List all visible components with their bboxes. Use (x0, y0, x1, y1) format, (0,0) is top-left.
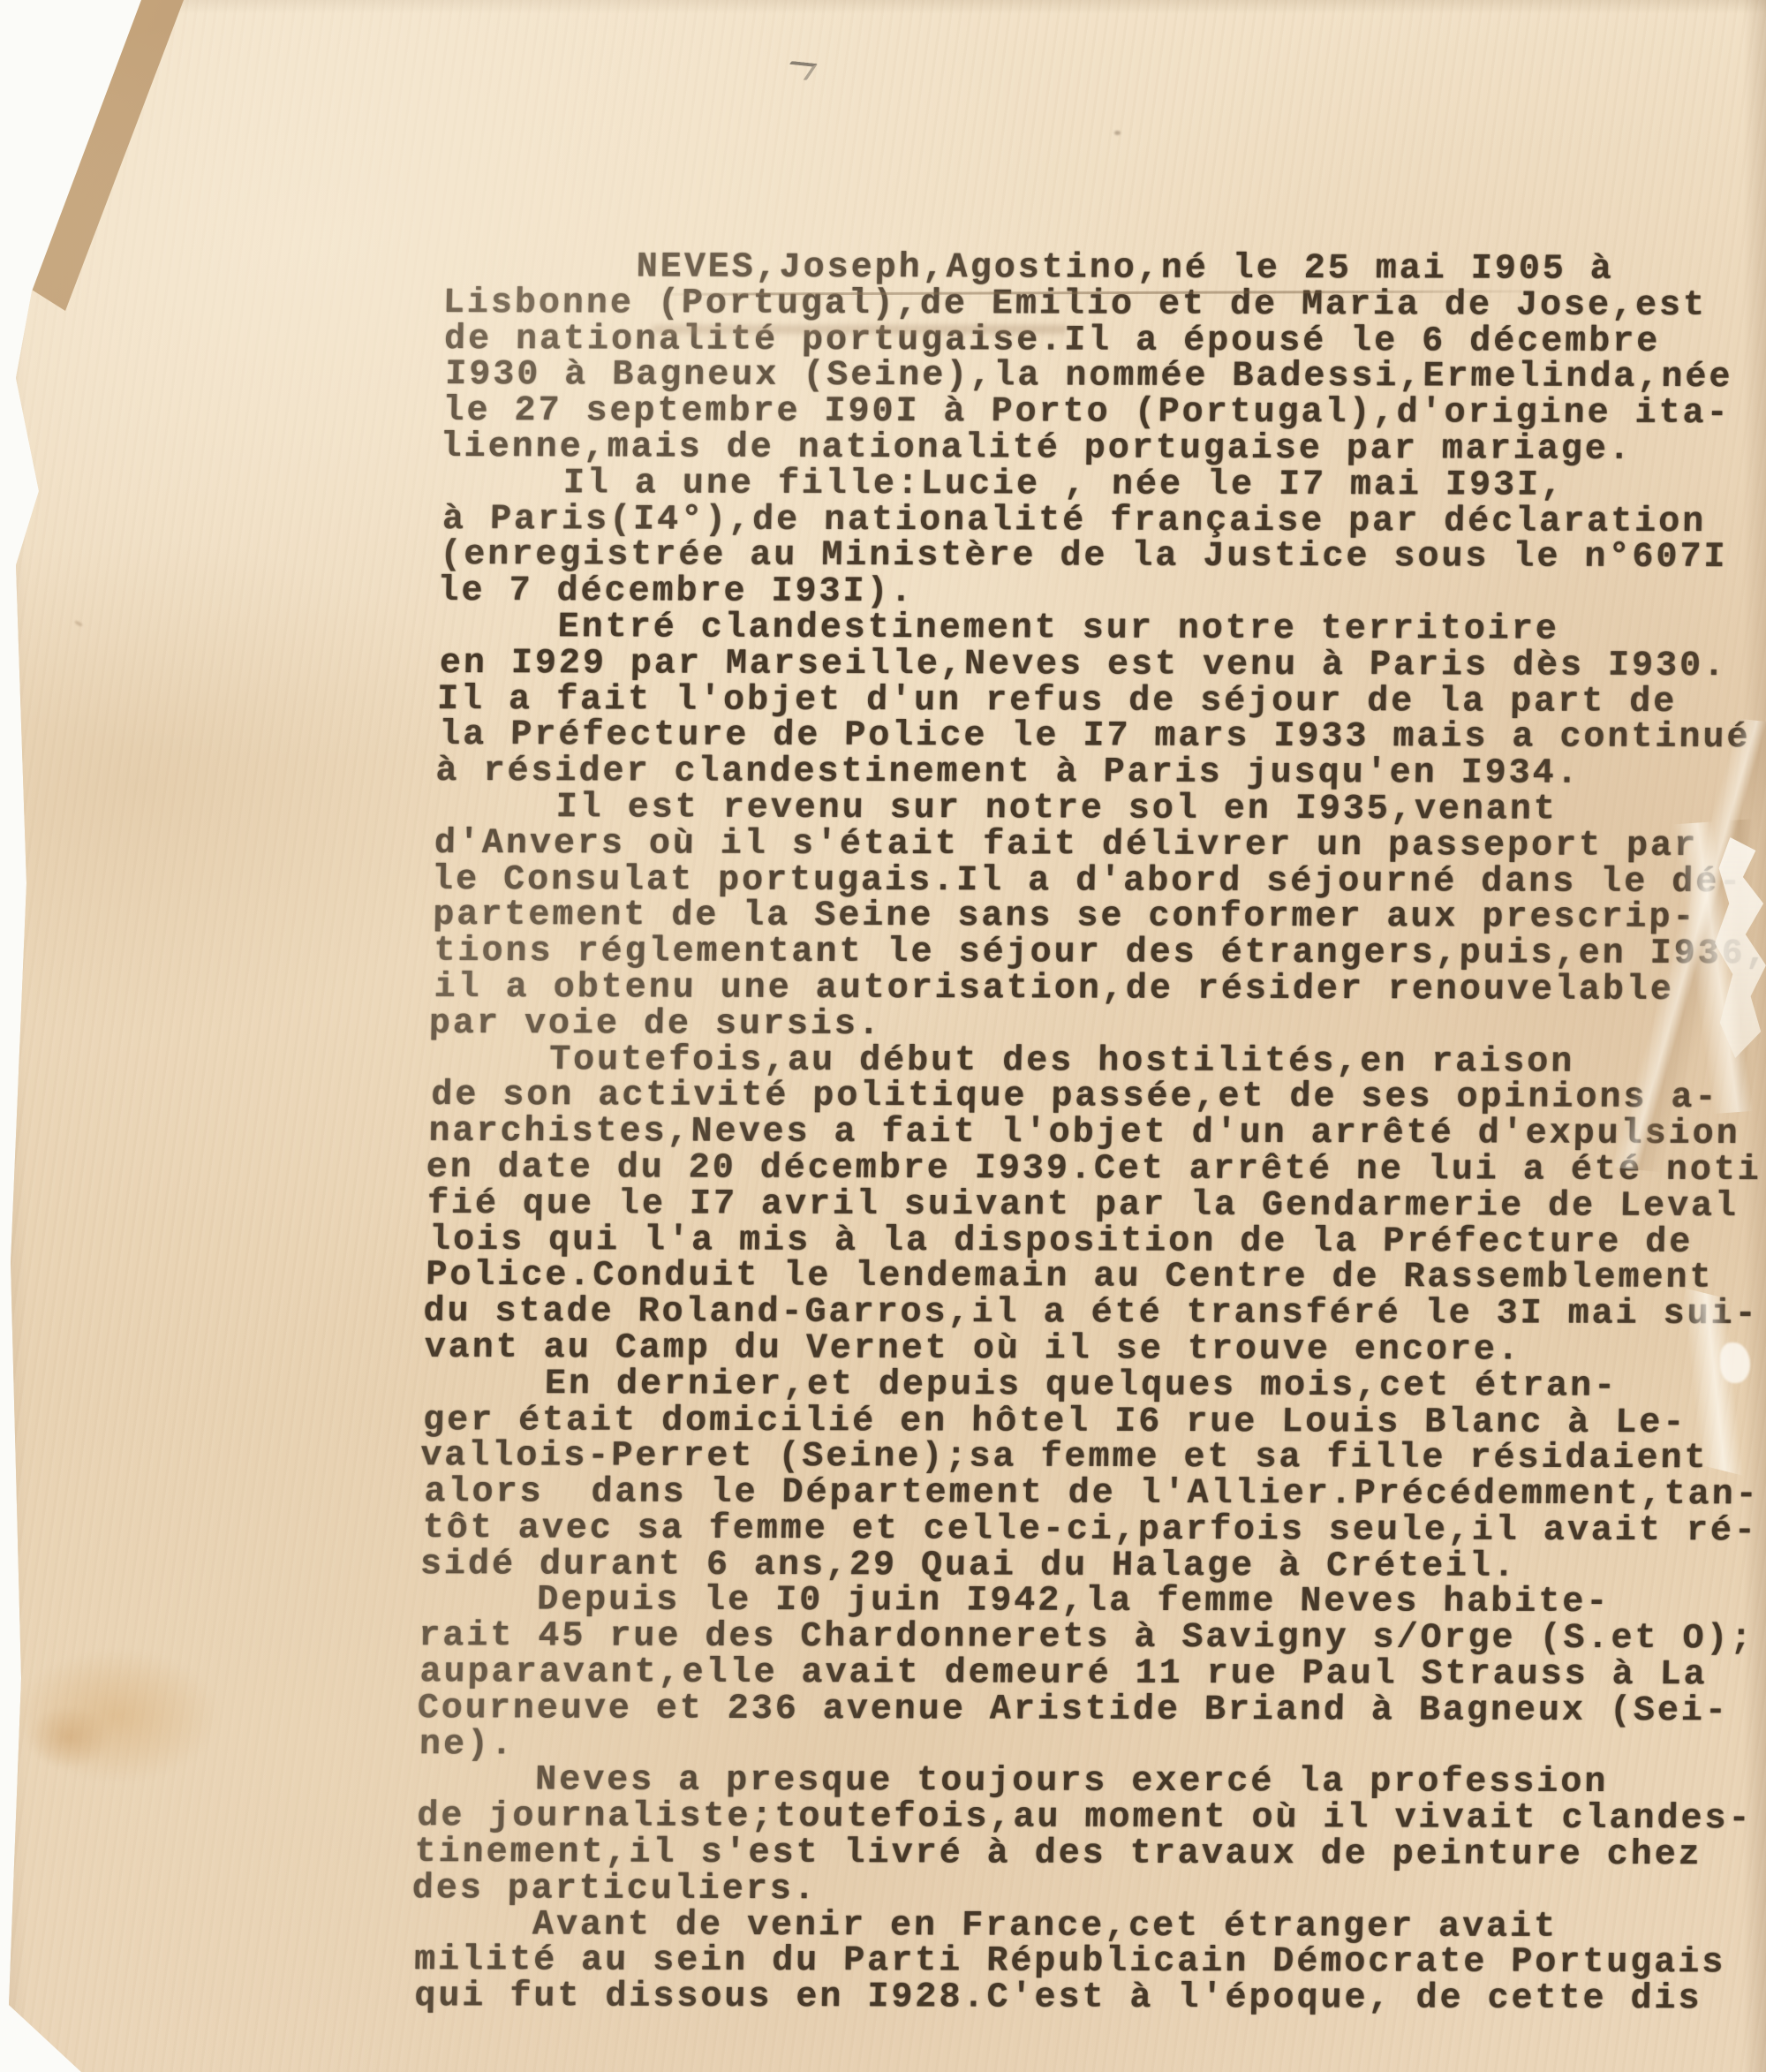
ink-speck (1114, 131, 1121, 135)
paper-nick (1720, 1342, 1750, 1383)
text-line: le Consulat portugais.Il a d'abord séjou… (432, 863, 1766, 902)
stray-pen-mark (781, 61, 819, 80)
paper-sheet: NEVES,Joseph,Agostino,né le 25 mai I905 … (0, 0, 1766, 2072)
text-line: ne). (419, 1728, 1766, 1766)
paper-fiber-speck (74, 620, 84, 627)
text-line: En dernier,et depuis quelques mois,cet é… (425, 1367, 1766, 1406)
text-line: en I929 par Marseille,Neves est venu à P… (439, 647, 1766, 685)
text-line: I930 à Bagneux (Seine),la nommée Badessi… (445, 358, 1766, 397)
text-line: par voie de sursis. (428, 1007, 1766, 1046)
text-line: Courneuve et 236 avenue Aristide Briand … (417, 1691, 1766, 1730)
text-line: des particuliers. (411, 1872, 1766, 1910)
ink-smudge (652, 325, 1067, 334)
text-line: Il est revenu sur notre sol en I935,vena… (436, 790, 1766, 829)
text-line: la Préfecture de Police le I7 mars I933 … (439, 718, 1766, 757)
text-line: en date du 20 décembre I939.Cet arrêté n… (426, 1151, 1766, 1190)
text-line: de son activité politique passée,et de s… (431, 1078, 1766, 1117)
folded-corner (0, 0, 230, 336)
typewritten-text: NEVES,Joseph,Agostino,né le 25 mai I905 … (411, 250, 1766, 2018)
text-line: Depuis le I0 juin I942,la femme Neves ha… (418, 1583, 1766, 1622)
scanned-document-page: NEVES,Joseph,Agostino,né le 25 mai I905 … (0, 0, 1766, 2072)
text-line: auparavant,elle avait demeuré 11 rue Pau… (419, 1655, 1766, 1694)
text-line: du stade Roland-Garros,il a été transfér… (423, 1295, 1766, 1334)
text-line: le 7 décembre I93I). (437, 574, 1766, 613)
text-line: de journaliste;toutefois,au moment où il… (417, 1799, 1766, 1838)
text-line: lois qui l'a mis à la disposition de la … (429, 1223, 1766, 1262)
text-line: tôt avec sa femme et celle-ci,parfois se… (422, 1511, 1766, 1550)
text-line: à Paris(I4°),de nationalité française pa… (442, 503, 1766, 541)
paper-stain-core (28, 1706, 109, 1768)
text-line: qui fut dissous en I928.C'est à l'époque… (414, 1979, 1766, 2018)
